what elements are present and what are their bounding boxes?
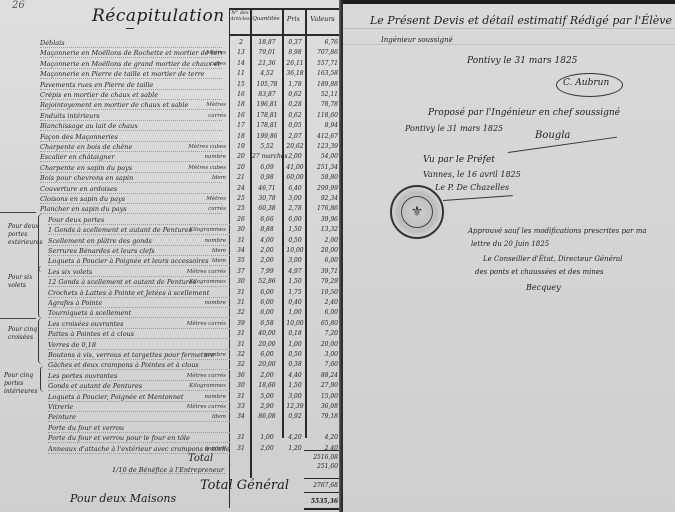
cell-qty: 6,00 [252, 289, 282, 296]
line-item-label: Maçonnerie en Moëllons de grand mortier … [40, 60, 222, 69]
declaration-heading-line2: Ingénieur soussigné [381, 36, 453, 44]
cell-qty: 30,78 [252, 195, 282, 202]
cell-price: 2,78 [284, 205, 306, 212]
line-item-label: Cloisons en sapin du pays [40, 195, 222, 204]
cell-value: 10,50 [308, 289, 338, 296]
approved-line1: Approuvé sauf les modifications prescrit… [468, 227, 647, 235]
right-page: Le Présent Devis et détail estimatif Réd… [343, 0, 675, 512]
cell-qty: 178,81 [252, 112, 282, 119]
cell-value: 58,80 [308, 174, 338, 181]
cell-value: 251,34 [308, 164, 338, 171]
cell-no: 18 [232, 101, 250, 108]
cell-no: 31 [232, 341, 250, 348]
line-item-label: Crépis en mortier de chaux et sable [40, 91, 222, 100]
line-item-label: Crochets à Lattes à Pointe et Jetées à s… [48, 289, 230, 298]
cell-qty: 105,78 [252, 81, 282, 88]
cell-value: 2,40 [308, 299, 338, 306]
cell-price: 1,78 [284, 81, 306, 88]
top-edge [343, 0, 675, 4]
cell-no: 11 [232, 70, 250, 77]
cell-no: 35 [232, 257, 250, 264]
line-item-label: Maçonnerie en Pierre de taille et mortie… [40, 70, 222, 79]
cell-price: 2,07 [284, 133, 306, 140]
cell-price: 0,28 [284, 101, 306, 108]
cell-qty: 2,00 [252, 445, 282, 452]
cell-no: 16 [232, 91, 250, 98]
cell-qty: 6,00 [252, 299, 282, 306]
brace [38, 318, 42, 364]
cell-price: 26,11 [284, 60, 306, 67]
cell-no: 34 [232, 413, 250, 420]
header-divider [230, 34, 340, 36]
signature-chief-engineer: Bougla [535, 130, 570, 141]
cell-price: 0,38 [284, 361, 306, 368]
cell-value: 78,78 [308, 101, 338, 108]
unit-label: Mètres carrés [187, 321, 226, 327]
cell-qty: 5,00 [252, 393, 282, 400]
cell-value: 65,80 [308, 320, 338, 327]
cell-qty: 6,66 [252, 216, 282, 223]
brace [38, 214, 42, 272]
unit-label: Idem [212, 258, 226, 264]
line-item-label: Peinture [48, 413, 230, 422]
cell-value: 7,20 [308, 330, 338, 337]
cell-no: 21 [232, 174, 250, 181]
header-no: N° des Articles [230, 10, 250, 22]
benefit-value: 251,60 [305, 463, 338, 470]
cell-no: 34 [232, 247, 250, 254]
grand-total-value: 2767,68 [305, 482, 338, 489]
cell-value: 6,00 [308, 309, 338, 316]
cell-price: 60,00 [284, 174, 306, 181]
cell-price: 0,62 [284, 112, 306, 119]
cell-price: 6,00 [284, 216, 306, 223]
signature-flourish [443, 195, 513, 201]
cell-price: 12,39 [284, 403, 306, 410]
line-item-label: Verres de 0,18 [48, 341, 230, 350]
unit-label: carrés [208, 206, 226, 212]
official-seal: ⚜ [390, 185, 444, 239]
left-page: 26 Récapitulation N° des Articles Quanti… [0, 0, 342, 512]
cell-no: 25 [232, 195, 250, 202]
cell-no: 32 [232, 351, 250, 358]
grand-total-label: Total Général [200, 478, 289, 493]
cell-value: 4,20 [308, 434, 338, 441]
cell-qty: 1,00 [252, 434, 282, 441]
unit-label: Idem [212, 248, 226, 254]
ruled-line [343, 28, 675, 29]
cell-qty: 46,71 [252, 185, 282, 192]
cell-value: 123,39 [308, 143, 338, 150]
line-item-label: Escalier en châtaigner [40, 153, 222, 162]
cell-value: 557,71 [308, 60, 338, 67]
cell-price: 1,20 [284, 445, 306, 452]
cell-no: 25 [232, 205, 250, 212]
signature-engineer: C. Aubrun [563, 78, 609, 88]
cell-qty: 8,88 [252, 226, 282, 233]
unit-label: nombre [205, 154, 226, 160]
cell-value: 2,00 [308, 237, 338, 244]
cell-price: 0,50 [284, 351, 306, 358]
proposed-line2: Pontivy le 31 mars 1825 [405, 124, 503, 133]
cell-value: 88,24 [308, 372, 338, 379]
cell-value: 79,29 [308, 278, 338, 285]
cell-qty: 178,81 [252, 122, 282, 129]
cell-price: 1,75 [284, 289, 306, 296]
unit-label: nombre [205, 394, 226, 400]
cell-qty: 40,00 [252, 330, 282, 337]
cell-price: 10,00 [284, 320, 306, 327]
line-item-label: Porte du four et verrou pour le four en … [48, 434, 230, 443]
cell-price: 0,92 [284, 413, 306, 420]
cell-no: 17 [232, 122, 250, 129]
cell-value: 20,00 [308, 341, 338, 348]
line-item-label: Pavements rues en Pierre de taille [40, 81, 222, 90]
line-item-label: Plancher en sapin du pays [40, 205, 222, 214]
cell-price: 36,18 [284, 70, 306, 77]
unit-label: Mètres [206, 196, 226, 202]
cell-price: 0,40 [284, 299, 306, 306]
signature-director: Becquey [526, 283, 561, 292]
line-item-label: Loquets à Poucier, Poignée et Mentonnet [48, 393, 230, 402]
line-item-label: Déblais [40, 39, 222, 48]
cell-value: 15,00 [308, 393, 338, 400]
cell-no: 13 [232, 49, 250, 56]
unit-label: Mètres cubes [188, 144, 226, 150]
seen-line1: Vu par le Préfet [423, 155, 495, 165]
cell-price: 3,00 [284, 393, 306, 400]
line-item-label: Boutons à vis, verrous et targettes pour… [48, 351, 230, 360]
cell-value: 176,86 [308, 205, 338, 212]
cell-value: 36,08 [308, 403, 338, 410]
cell-no: 18 [232, 133, 250, 140]
cell-qty: 6,00 [252, 351, 282, 358]
unit-label: Mètres [206, 50, 226, 56]
final-rule [304, 508, 339, 510]
unit-label: Kilogrammes [189, 279, 226, 285]
page-number: 26 [12, 0, 25, 11]
group-separator [0, 212, 36, 213]
cell-no: 32 [232, 361, 250, 368]
line-item-label: Serrures Bénardes et leurs clefs [48, 247, 230, 256]
approved-line3: Le Conseiller d'État, Directeur Général [483, 255, 622, 263]
cell-no: 24 [232, 185, 250, 192]
unit-label: nombre [205, 446, 226, 452]
header-quantity: Quantités [250, 16, 282, 23]
approved-line2: lettre du 20 Juin 1825 [471, 240, 549, 248]
unit-label: Idem [212, 175, 226, 181]
cell-no: 32 [232, 309, 250, 316]
cell-price: 1,50 [284, 278, 306, 285]
line-item-label: Gâches et deux crampons à Pointes et à c… [48, 361, 230, 370]
cell-value: 707,86 [308, 49, 338, 56]
line-item-label: Couverture en ardoises [40, 185, 222, 194]
cell-value: 52,11 [308, 91, 338, 98]
total-rule [304, 450, 339, 451]
cell-price: 3,00 [284, 257, 306, 264]
cell-no: 31 [232, 393, 250, 400]
cell-no: 26 [232, 216, 250, 223]
cell-no: 30 [232, 278, 250, 285]
cell-price: 4,40 [284, 372, 306, 379]
cell-qty: 18,60 [252, 382, 282, 389]
declaration-heading: Le Présent Devis et détail estimatif Réd… [370, 14, 672, 27]
line-item-label: Agrafes à Pointe [48, 299, 230, 308]
line-item-label: Scellement en plâtre des gonds [48, 237, 230, 246]
ruled-line [343, 44, 675, 45]
line-item-label: Pattes à Pointes et à clous [48, 330, 230, 339]
cell-qty: 5,52 [252, 143, 282, 150]
header-value: Valeurs [305, 16, 340, 23]
cell-qty: 86,08 [252, 413, 282, 420]
cell-price: 0,62 [284, 91, 306, 98]
cell-value: 189,88 [308, 81, 338, 88]
unit-label: Idem [212, 414, 226, 420]
unit-label: Kilogrammes [189, 383, 226, 389]
cell-value: 163,58 [308, 70, 338, 77]
place-date: Pontivy le 31 mars 1825 [467, 56, 577, 66]
total-value: 2516,08 [305, 454, 338, 461]
cell-no: 31 [232, 237, 250, 244]
cell-qty: 2,00 [252, 257, 282, 264]
cell-price: 1,00 [284, 309, 306, 316]
cell-no: 14 [232, 60, 250, 67]
cell-no: 31 [232, 434, 250, 441]
group-label-interior-doors: Pour cinq portes intérieures [4, 372, 40, 396]
page-title: Récapitulation [92, 6, 225, 26]
cell-price: 2,00 [284, 153, 306, 160]
line-item-label: Enduits intérieurs [40, 112, 222, 121]
unit-label: Mètres carrés [187, 269, 226, 275]
cell-price: 8,98 [284, 49, 306, 56]
cell-no: 30 [232, 226, 250, 233]
cell-price: 0,37 [284, 39, 306, 46]
line-item-label: Porte du four et verrou [48, 424, 230, 433]
cell-qty: 20,00 [252, 341, 282, 348]
line-item-label: Bois pour chevrons en sapin [40, 174, 222, 183]
cell-no: 31 [232, 289, 250, 296]
cell-value: 118,60 [308, 112, 338, 119]
cell-qty: 4,52 [252, 70, 282, 77]
cell-qty: 27 marches [252, 153, 282, 160]
cell-qty: 2,90 [252, 403, 282, 410]
cell-value: 7,60 [308, 361, 338, 368]
cell-value: 3,00 [308, 351, 338, 358]
unit-label: nombre [205, 300, 226, 306]
cell-qty: 199,86 [252, 133, 282, 140]
line-item-label: Blanchissage au lait de chaux [40, 122, 222, 131]
cell-qty: 2,00 [252, 372, 282, 379]
cell-price: 10,00 [284, 247, 306, 254]
benefit-leader [120, 473, 225, 474]
unit-label: Mètres [206, 102, 226, 108]
two-houses-value: 5535,36 [305, 498, 338, 505]
cell-no: 39 [232, 320, 250, 327]
cell-no: 37 [232, 268, 250, 275]
cell-qty: 79,01 [252, 49, 282, 56]
unit-label: nombre [205, 238, 226, 244]
two-houses-label: Pour deux Maisons [70, 492, 176, 505]
unit-label: Mètres carrés [187, 373, 226, 379]
cell-value: 79,18 [308, 413, 338, 420]
cell-price: 20,62 [284, 143, 306, 150]
line-item-label: Maçonnerie en Moëllons de Rochette et mo… [40, 49, 222, 58]
cell-value: 6,76 [308, 39, 338, 46]
cell-value: 6,00 [308, 257, 338, 264]
title-underline [126, 28, 134, 29]
group-label-doors: Pour deux portes extérieures [8, 223, 40, 247]
seen-line3: Le P. De Chazelles [435, 183, 509, 192]
cell-price: 0,50 [284, 237, 306, 244]
cell-qty: 60,38 [252, 205, 282, 212]
cell-qty: 83,87 [252, 91, 282, 98]
fleur-de-lis-icon: ⚜ [401, 196, 433, 228]
line-item-label: Tourniquets à scellement [48, 309, 230, 318]
cell-no: 31 [232, 330, 250, 337]
cell-qty: 18,87 [252, 39, 282, 46]
cell-price: 0,05 [284, 122, 306, 129]
cell-price: 4,20 [284, 434, 306, 441]
cell-price: 0,18 [284, 330, 306, 337]
cell-no: 19 [232, 143, 250, 150]
cell-no: 36 [232, 372, 250, 379]
group-separator [0, 318, 36, 319]
cell-no: 20 [232, 153, 250, 160]
cell-no: 30 [232, 382, 250, 389]
cell-qty: 6,09 [252, 164, 282, 171]
cell-value: 299,99 [308, 185, 338, 192]
cell-price: 1,50 [284, 382, 306, 389]
line-item-label: Façon des Maçonneries [40, 133, 222, 142]
cell-value: 39,71 [308, 268, 338, 275]
cell-price: 1,00 [284, 341, 306, 348]
cell-no: 2 [232, 39, 250, 46]
cell-qty: 21,36 [252, 60, 282, 67]
cell-qty: 0,98 [252, 174, 282, 181]
cell-no: 33 [232, 403, 250, 410]
group-label-windows: Pour cinq croisées [8, 326, 38, 342]
cell-price: 1,50 [284, 226, 306, 233]
cell-value: 54,00 [308, 153, 338, 160]
cell-qty: 6,00 [252, 309, 282, 316]
approved-line4: des ponts et chaussées et des mines [475, 268, 604, 276]
unit-label: cubes [210, 61, 226, 67]
unit-label: Mètres cubes [188, 165, 226, 171]
cell-qty: 6,58 [252, 320, 282, 327]
two-houses-rule [304, 492, 339, 493]
unit-label: Kilogrammes [189, 227, 226, 233]
cell-qty: 52,86 [252, 278, 282, 285]
cell-price: 3,00 [284, 195, 306, 202]
cell-price: 6,40 [284, 185, 306, 192]
cell-value: 8,94 [308, 122, 338, 129]
cell-no: 20 [232, 164, 250, 171]
cell-qty: 4,00 [252, 237, 282, 244]
total-label: Total [188, 453, 213, 464]
cell-price: 4,97 [284, 268, 306, 275]
proposed-line1: Proposé par l'Ingénieur en chef soussign… [428, 108, 620, 118]
group-label-shutters: Pour six volets [8, 274, 38, 290]
cell-value: 13,32 [308, 226, 338, 233]
unit-label: carrés [208, 113, 226, 119]
cell-no: 16 [232, 112, 250, 119]
seen-line2: Vannes, le 16 avril 1825 [423, 170, 521, 179]
cell-qty: 20,00 [252, 361, 282, 368]
line-item-label: Pour deux portes [48, 216, 230, 225]
cell-qty: 7,99 [252, 268, 282, 275]
cell-value: 412,67 [308, 133, 338, 140]
grand-total-rule [304, 478, 339, 479]
brace [38, 266, 42, 318]
cell-value: 92,34 [308, 195, 338, 202]
cell-qty: 196,81 [252, 101, 282, 108]
cell-value: 20,00 [308, 247, 338, 254]
brace [40, 366, 44, 392]
cell-value: 39,96 [308, 216, 338, 223]
cell-no: 31 [232, 445, 250, 452]
recap-table: N° des Articles Quantités Prix Valeurs 2… [229, 8, 340, 508]
cell-no: 31 [232, 299, 250, 306]
line-item-label: Rejointoyement en mortier de chaux et sa… [40, 101, 222, 110]
cell-qty: 2,00 [252, 247, 282, 254]
cell-value: 27,90 [308, 382, 338, 389]
cell-no: 15 [232, 81, 250, 88]
unit-label: nombre [205, 352, 226, 358]
unit-label: Mètres carrés [187, 404, 226, 410]
line-item-label: Loquets à Poucier à Poignée et leurs acc… [48, 257, 230, 266]
header-price: Prix [282, 16, 305, 23]
cell-price: 41,00 [284, 164, 306, 171]
